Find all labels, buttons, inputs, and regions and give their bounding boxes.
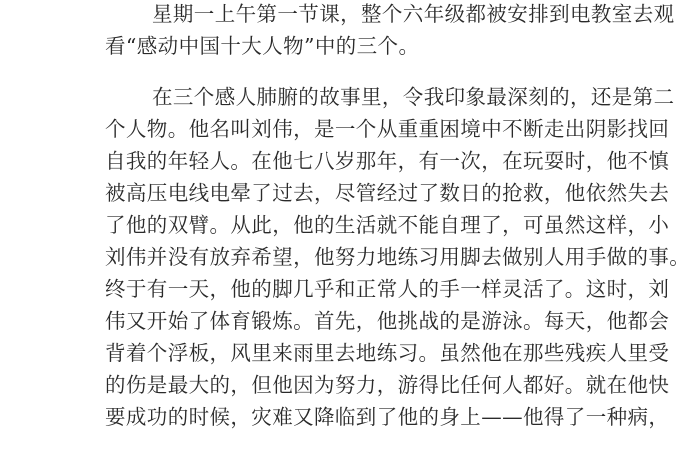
text-line: 的伤是最大的，但他因为努力，游得比任何人都好。就在他快: [105, 369, 585, 401]
text-line: 伟又开始了体育锻炼。首先，他挑战的是游泳。每天，他都会: [105, 305, 585, 337]
text-line: 了他的双臂。从此，他的生活就不能自理了，可虽然这样，小: [105, 209, 585, 241]
text-line: 星期一上午第一节课，整个六年级都被安排到电教室去观: [105, 0, 585, 30]
paragraph-2: 在三个感人肺腑的故事里，令我印象最深刻的，还是第二 个人物。他名叫刘伟，是一个从…: [105, 81, 585, 433]
document-page: 星期一上午第一节课，整个六年级都被安排到电教室去观 看“感动中国十大人物”中的三…: [0, 0, 700, 470]
text-line: 刘伟并没有放弃希望，他努力地练习用脚去做别人用手做的事。: [105, 241, 585, 273]
text-line: 个人物。他名叫刘伟，是一个从重重困境中不断走出阴影找回: [105, 113, 585, 145]
text-line: 背着个浮板，风里来雨里去地练习。虽然他在那些残疾人里受: [105, 337, 585, 369]
text-line: 自我的年轻人。在他七八岁那年，有一次，在玩耍时，他不慎: [105, 145, 585, 177]
text-line: 被高压电线电晕了过去，尽管经过了数日的抢救，他依然失去: [105, 177, 585, 209]
text-line: 终于有一天，他的脚几乎和正常人的手一样灵活了。这时，刘: [105, 273, 585, 305]
text-line: 要成功的时候，灾难又降临到了他的身上——他得了一种病，: [105, 401, 585, 433]
paragraph-1: 星期一上午第一节课，整个六年级都被安排到电教室去观 看“感动中国十大人物”中的三…: [105, 0, 585, 62]
text-line: 在三个感人肺腑的故事里，令我印象最深刻的，还是第二: [105, 81, 585, 113]
text-line: 看“感动中国十大人物”中的三个。: [105, 30, 585, 62]
